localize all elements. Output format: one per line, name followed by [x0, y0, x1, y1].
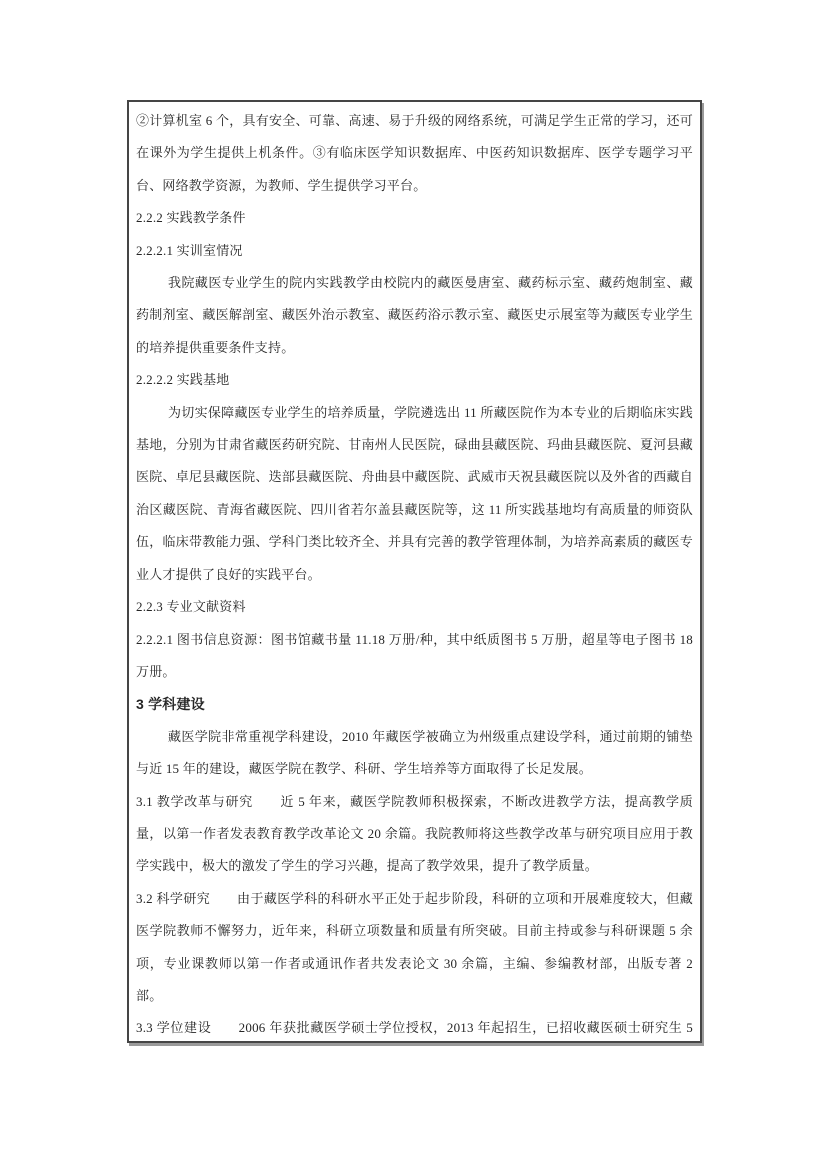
paragraph: 我院藏医专业学生的院内实践教学由校院内的藏医曼唐室、藏药标示室、藏药炮制室、藏药… — [136, 267, 693, 364]
content-table-cell: ②计算机室 6 个，具有安全、可靠、高速、易于升级的网络系统，可满足学生正常的学… — [127, 100, 702, 1043]
paragraph: 3.2 科学研究 由于藏医学科的科研水平正处于起步阶段，科研的立项和开展难度较大… — [136, 883, 693, 1013]
section-heading: 3 学科建设 — [136, 688, 693, 720]
paragraph: 3.3 学位建设 2006 年获批藏医学硕士学位授权，2013 年起招生，已招收… — [136, 1012, 693, 1043]
paragraph: 2.2.3 专业文献资料 — [136, 591, 693, 623]
paragraph: 2.2.2 实践教学条件 — [136, 202, 693, 234]
paragraph: 3.1 教学改革与研究 近 5 年来，藏医学院教师积极探索，不断改进教学方法，提… — [136, 786, 693, 883]
paragraph: 2.2.2.1 图书信息资源：图书馆藏书量 11.18 万册/种，其中纸质图书 … — [136, 624, 693, 689]
paragraph: ②计算机室 6 个，具有安全、可靠、高速、易于升级的网络系统，可满足学生正常的学… — [136, 105, 693, 202]
paragraph: 藏医学院非常重视学科建设，2010 年藏医学被确立为州级重点建设学科，通过前期的… — [136, 721, 693, 786]
paragraph: 2.2.2.2 实践基地 — [136, 364, 693, 396]
paragraph: 2.2.2.1 实训室情况 — [136, 235, 693, 267]
document-page: ②计算机室 6 个，具有安全、可靠、高速、易于升级的网络系统，可满足学生正常的学… — [0, 0, 826, 1169]
paragraph: 为切实保障藏医专业学生的培养质量，学院遴选出 11 所藏医院作为本专业的后期临床… — [136, 397, 693, 591]
